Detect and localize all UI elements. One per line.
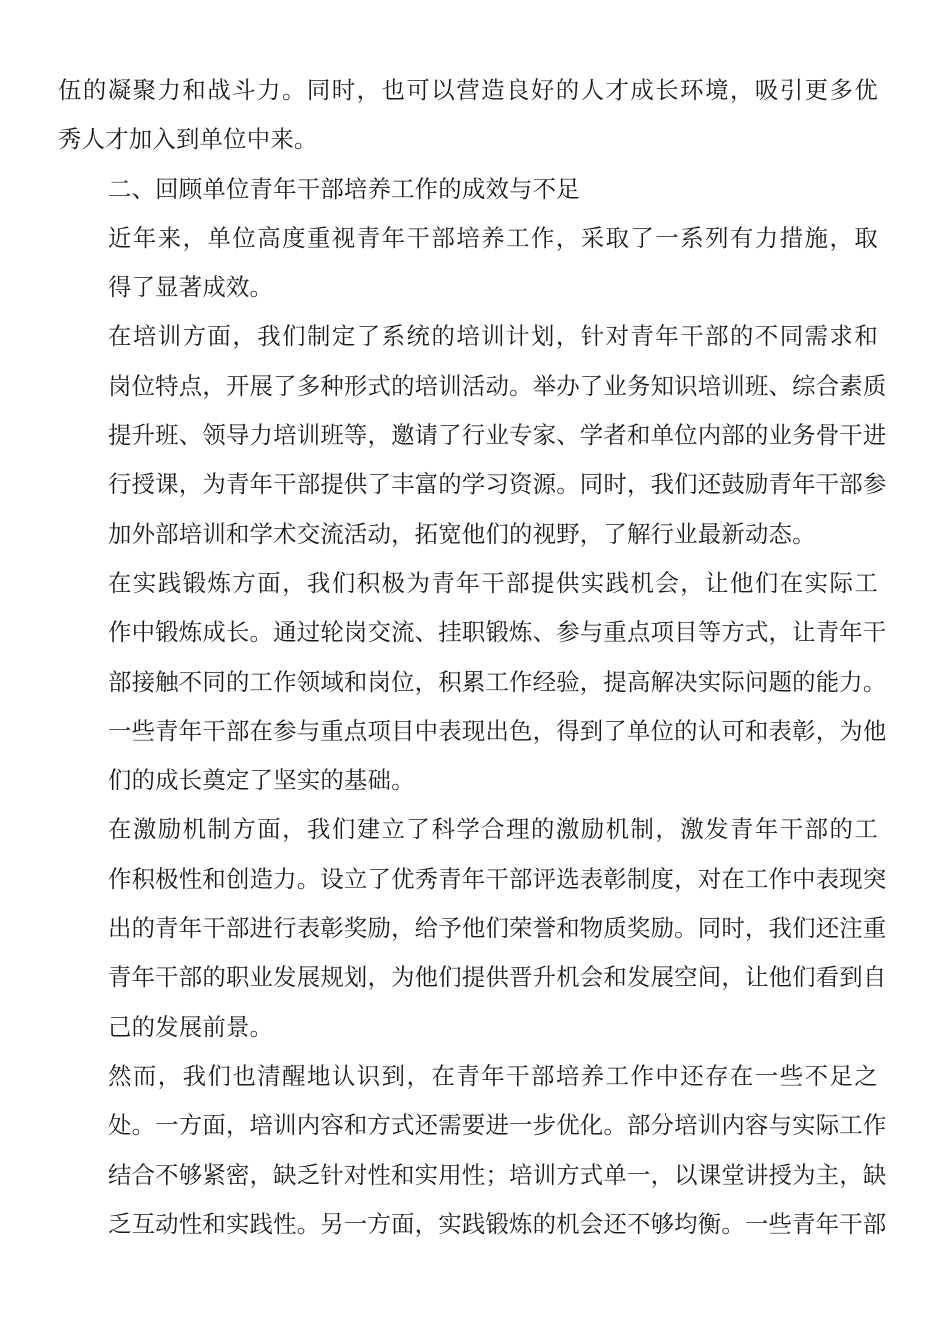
paragraph-intro: 近年来，单位高度重视青年干部培养工作，采取了一系列有力措施，取 得了显著成效。 xyxy=(58,214,878,313)
paragraph-continuation: 伍的凝聚力和战斗力。同时，也可以营造良好的人才成长环境，吸引更多优 秀人才加入到… xyxy=(58,66,878,165)
section-heading: 二、回顾单位青年干部培养工作的成效与不足 xyxy=(58,165,878,214)
text-line: 作积极性和创造力。设立了优秀青年干部评选表彰制度，对在工作中表现突 xyxy=(58,855,878,904)
text-line: 提升班、领导力培训班等，邀请了行业专家、学者和单位内部的业务骨干进 xyxy=(58,411,878,460)
text-line: 然而，我们也清醒地认识到，在青年干部培养工作中还存在一些不足之 xyxy=(58,1052,878,1101)
text-line: 在培训方面，我们制定了系统的培训计划，针对青年干部的不同需求和 xyxy=(58,312,878,361)
text-line: 部接触不同的工作领域和岗位，积累工作经验，提高解决实际问题的能力。 xyxy=(58,658,878,707)
text-line: 们的成长奠定了坚实的基础。 xyxy=(58,756,878,805)
text-line: 处。一方面，培训内容和方式还需要进一步优化。部分培训内容与实际工作 xyxy=(58,1101,878,1150)
text-line: 加外部培训和学术交流活动，拓宽他们的视野，了解行业最新动态。 xyxy=(58,510,878,559)
text-line: 伍的凝聚力和战斗力。同时，也可以营造良好的人才成长环境，吸引更多优 xyxy=(58,66,878,115)
text-line: 近年来，单位高度重视青年干部培养工作，采取了一系列有力措施，取 xyxy=(58,214,878,263)
paragraph-shortcomings: 然而，我们也清醒地认识到，在青年干部培养工作中还存在一些不足之 处。一方面，培训… xyxy=(58,1052,878,1249)
paragraph-training: 在培训方面，我们制定了系统的培训计划，针对青年干部的不同需求和 岗位特点，开展了… xyxy=(58,312,878,558)
text-line: 一些青年干部在参与重点项目中表现出色，得到了单位的认可和表彰，为他 xyxy=(58,707,878,756)
text-line: 己的发展前景。 xyxy=(58,1003,878,1052)
paragraph-incentive: 在激励机制方面，我们建立了科学合理的激励机制，激发青年干部的工 作积极性和创造力… xyxy=(58,805,878,1051)
text-line: 在激励机制方面，我们建立了科学合理的激励机制，激发青年干部的工 xyxy=(58,805,878,854)
text-line: 出的青年干部进行表彰奖励，给予他们荣誉和物质奖励。同时，我们还注重 xyxy=(58,904,878,953)
text-line: 行授课，为青年干部提供了丰富的学习资源。同时，我们还鼓励青年干部参 xyxy=(58,460,878,509)
text-line: 结合不够紧密，缺乏针对性和实用性；培训方式单一，以课堂讲授为主，缺 xyxy=(58,1151,878,1200)
heading-text: 二、回顾单位青年干部培养工作的成效与不足 xyxy=(58,165,878,214)
text-line: 乏互动性和实践性。另一方面，实践锻炼的机会还不够均衡。一些青年干部 xyxy=(58,1200,878,1249)
text-line: 作中锻炼成长。通过轮岗交流、挂职锻炼、参与重点项目等方式，让青年干 xyxy=(58,608,878,657)
text-line: 岗位特点，开展了多种形式的培训活动。举办了业务知识培训班、综合素质 xyxy=(58,362,878,411)
document-page: 伍的凝聚力和战斗力。同时，也可以营造良好的人才成长环境，吸引更多优 秀人才加入到… xyxy=(58,66,878,1249)
paragraph-practice: 在实践锻炼方面，我们积极为青年干部提供实践机会，让他们在实际工 作中锻炼成长。通… xyxy=(58,559,878,805)
text-line: 得了显著成效。 xyxy=(58,263,878,312)
text-line: 秀人才加入到单位中来。 xyxy=(58,115,878,164)
text-line: 青年干部的职业发展规划，为他们提供晋升机会和发展空间，让他们看到自 xyxy=(58,953,878,1002)
text-line: 在实践锻炼方面，我们积极为青年干部提供实践机会，让他们在实际工 xyxy=(58,559,878,608)
